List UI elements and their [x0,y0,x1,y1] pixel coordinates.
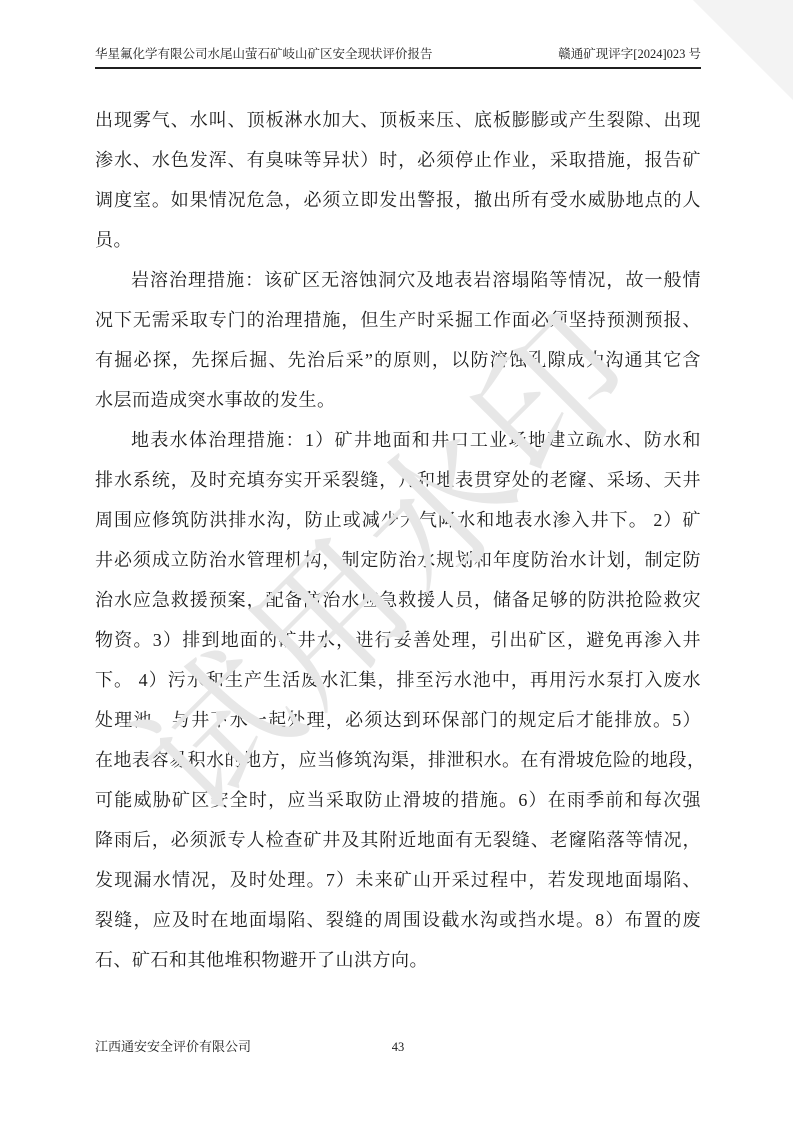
text-line: 处理池，与井下水一起处理，必须达到环保部门的规定后才能排放。5） [95,700,701,740]
text-line: 出现雾气、水叫、顶板淋水加大、顶板来压、底板膨膨或产生裂隙、出现 [95,100,701,140]
text-line: 在地表容易积水的地方，应当修筑沟渠，排泄积水。在有滑坡危险的地段， [95,740,701,780]
text-line: 渗水、水色发浑、有臭味等异状）时，必须停止作业，采取措施，报告矿 [95,140,701,180]
page-footer: 江西通安安全评价有限公司 43 [95,1038,701,1056]
report-body: 出现雾气、水叫、顶板淋水加大、顶板来压、底板膨膨或产生裂隙、出现 渗水、水色发浑… [95,100,701,980]
text-line: 有掘必探，先探后掘、先治后采”的原则，以防溶蚀孔隙成为沟通其它含 [95,340,701,380]
text-line: 况下无需采取专门的治理措施，但生产时采掘工作面必须坚持预测预报、 [95,300,701,340]
text-line: 治水应急救援预案，配备防治水应急救援人员，储备足够的防洪抢险救灾 [95,580,701,620]
header-report-title: 华星氟化学有限公司水尾山萤石矿岐山矿区安全现状评价报告 [95,46,433,62]
page-header: 华星氟化学有限公司水尾山萤石矿岐山矿区安全现状评价报告 赣通矿现评字[2024]… [95,46,701,69]
text-line: 周围应修筑防洪排水沟，防止或减少大气降水和地表水渗入井下。 2）矿 [95,500,701,540]
text-line: 可能威胁矿区安全时，应当采取防止滑坡的措施。6）在雨季前和每次强 [95,780,701,820]
text-line: 排水系统，及时充填夯实开采裂缝，凡和地表贯穿处的老窿、采场、天井 [95,460,701,500]
text-line: 下。 4）污水和生产生活废水汇集，排至污水池中，再用污水泵打入废水 [95,660,701,700]
text-line: 调度室。如果情况危急，必须立即发出警报，撤出所有受水威胁地点的人 [95,180,701,220]
text-line: 石、矿石和其他堆积物避开了山洪方向。 [95,940,701,980]
text-line: 员。 [95,220,701,260]
text-line: 发现漏水情况，及时处理。7）未来矿山开采过程中，若发现地面塌陷、 [95,860,701,900]
text-line: 物资。3）排到地面的矿井水，进行妥善处理，引出矿区，避免再渗入井 [95,620,701,660]
page-number: 43 [95,1038,701,1056]
header-doc-number: 赣通矿现评字[2024]023 号 [558,46,701,62]
text-line: 地表水体治理措施：1）矿井地面和井口工业场地建立疏水、防水和 [95,420,701,460]
text-line: 水层而造成突水事故的发生。 [95,380,701,420]
text-line: 岩溶治理措施：该矿区无溶蚀洞穴及地表岩溶塌陷等情况，故一般情 [95,260,701,300]
text-line: 降雨后，必须派专人检查矿井及其附近地面有无裂缝、老窿陷落等情况， [95,820,701,860]
text-line: 裂缝，应及时在地面塌陷、裂缝的周围设截水沟或挡水堤。8）布置的废 [95,900,701,940]
corner-watermark-fragment [690,0,793,103]
text-line: 井必须成立防治水管理机构，制定防治水规划和年度防治水计划，制定防 [95,540,701,580]
document-page: 华星氟化学有限公司水尾山萤石矿岐山矿区安全现状评价报告 赣通矿现评字[2024]… [0,0,793,1122]
